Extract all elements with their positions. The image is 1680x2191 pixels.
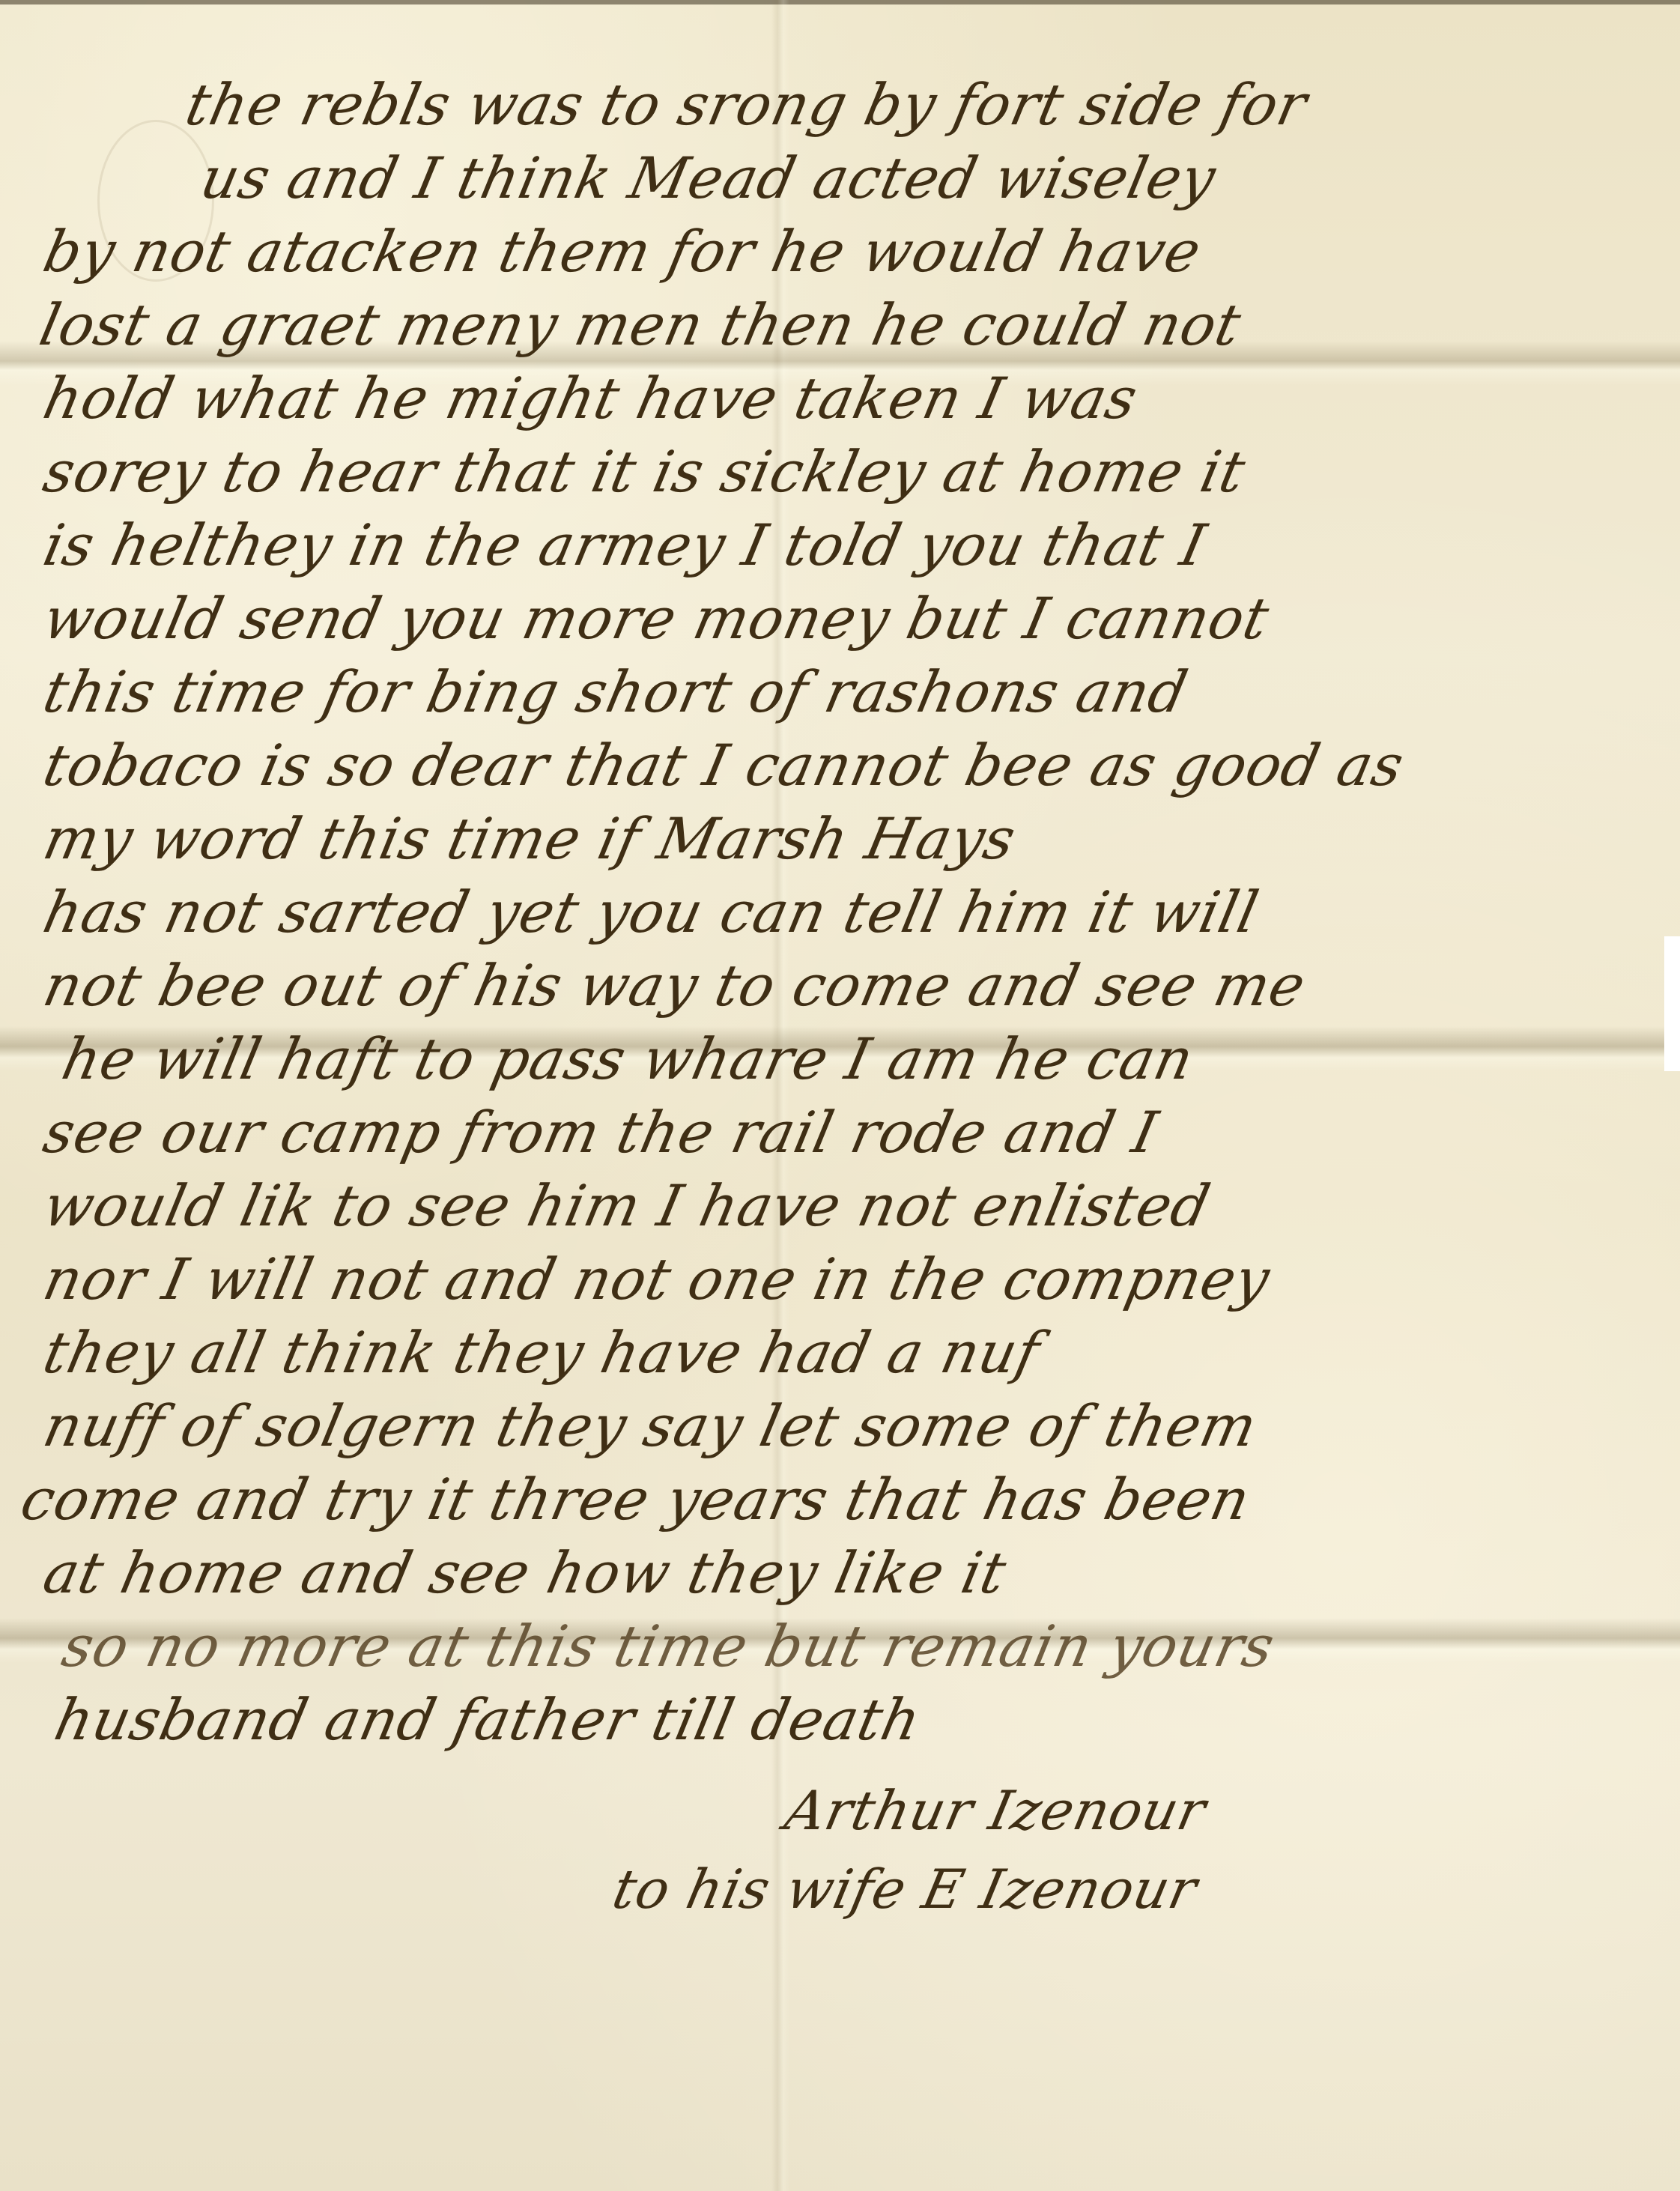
letter-line-15: see our camp from the rail rode and I bbox=[38, 1099, 1164, 1166]
letter-line-9: this time for bing short of rashons and bbox=[38, 658, 1194, 725]
letter-line-20: come and try it three years that has bee… bbox=[16, 1466, 1257, 1533]
letter-page: the rebls was to srong by fort side for … bbox=[0, 0, 1680, 2191]
addressee-line: to his wife E Izenour bbox=[607, 1858, 1203, 1921]
letter-line-8: would send you more money but I cannot bbox=[38, 585, 1276, 652]
signature: Arthur Izenour bbox=[780, 1779, 1212, 1842]
letter-line-7: is helthey in the armey I told you that … bbox=[38, 512, 1213, 578]
letter-line-4: lost a graet meny men then he could not bbox=[34, 291, 1248, 358]
letter-line-3: by not atacken them for he would have bbox=[38, 218, 1207, 285]
letter-line-12: has not sarted yet you can tell him it w… bbox=[38, 879, 1265, 945]
letter-line-5: hold what he might have taken I was bbox=[38, 365, 1144, 431]
letter-line-11: my word this time if Marsh Hays bbox=[38, 805, 1022, 872]
letter-line-18: they all think they have had a nuf bbox=[38, 1319, 1046, 1386]
letter-line-2: us and I think Mead acted wiseley bbox=[195, 145, 1222, 211]
letter-line-1: the rebls was to srong by fort side for bbox=[181, 71, 1314, 138]
torn-edge-notch bbox=[1664, 936, 1680, 1071]
top-edge bbox=[0, 0, 1680, 4]
letter-line-23: husband and father till death bbox=[49, 1686, 927, 1753]
letter-line-17: nor I will not and not one in the compne… bbox=[38, 1246, 1276, 1312]
letter-line-6: sorey to hear that it is sickley at home… bbox=[38, 438, 1252, 505]
letter-line-13: not bee out of his way to come and see m… bbox=[38, 952, 1312, 1019]
letter-line-19: nuff of solgern they say let some of the… bbox=[38, 1393, 1264, 1459]
letter-line-14: he will haft to pass whare I am he can bbox=[57, 1025, 1200, 1092]
letter-line-16: would lik to see him I have not enlisted bbox=[38, 1172, 1216, 1239]
letter-line-21: at home and see how they like it bbox=[38, 1539, 1013, 1606]
letter-line-10: tobaco is so dear that I cannot bee as g… bbox=[38, 732, 1410, 798]
letter-line-22: so no more at this time but remain yours bbox=[57, 1613, 1281, 1679]
